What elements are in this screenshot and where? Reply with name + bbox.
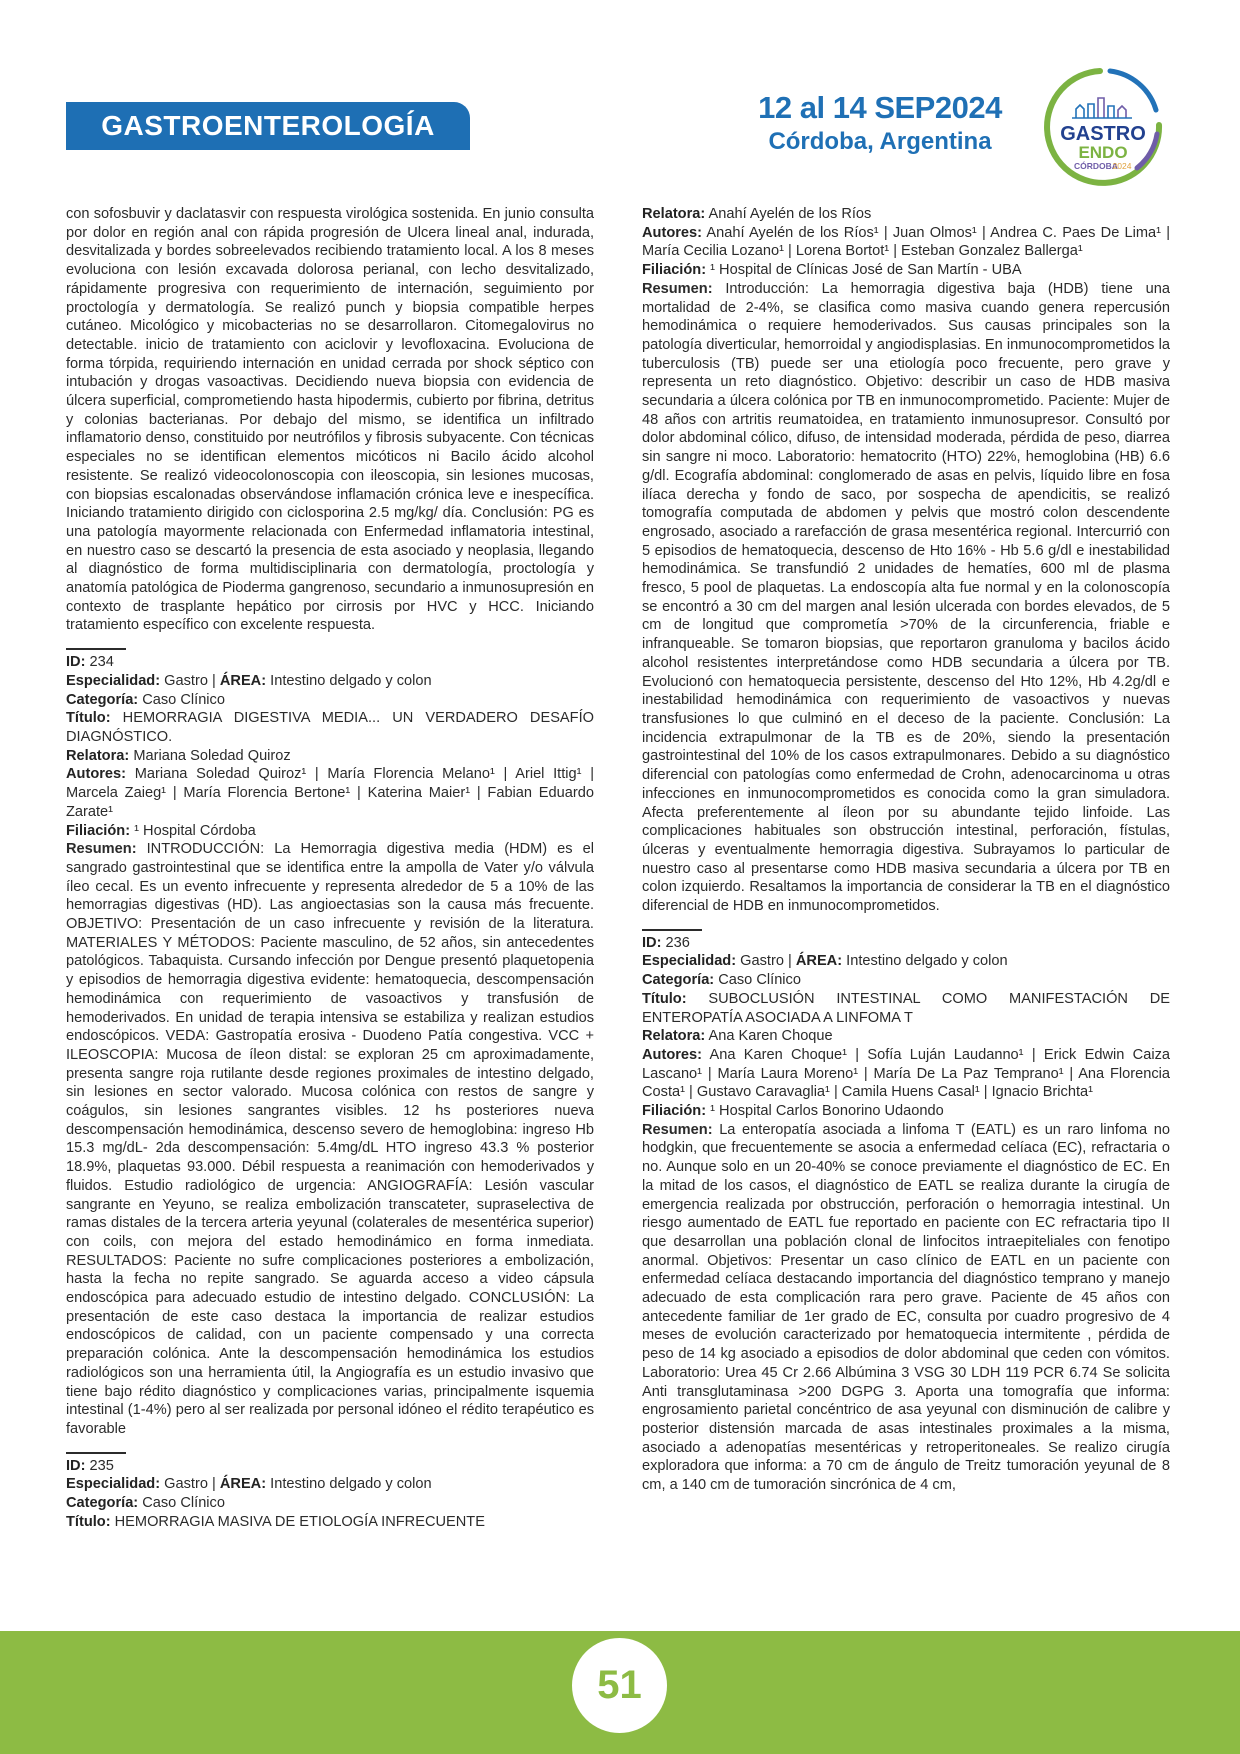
abstract-category: Categoría: Caso Clínico [66,1494,594,1513]
logo-text-gastro: GASTRO [1060,123,1146,145]
abstract-specialty: Especialidad: Gastro | ÁREA: Intestino d… [642,952,1170,971]
abstract-title: Título: HEMORRAGIA MASIVA DE ETIOLOGÍA I… [66,1513,594,1532]
left-column: con sofosbuvir y daclatasvir con respues… [66,205,594,1532]
abstract-presenter: Relatora: Ana Karen Choque [642,1027,1170,1046]
logo-text-endo: ENDO [1078,143,1127,162]
abstract-specialty: Especialidad: Gastro | ÁREA: Intestino d… [66,1475,594,1494]
abstract-book-page: GASTROENTEROLOGÍA 12 al 14 SEP2024 Córdo… [0,0,1240,1754]
logo-arc-blue [1110,71,1156,110]
section-title: GASTROENTEROLOGÍA [101,110,435,142]
abstract-235-head: ID: 235 Especialidad: Gastro | ÁREA: Int… [66,1457,594,1532]
logo-text-cordoba: CÓRDOBA [1074,160,1118,171]
abstracts-body: con sofosbuvir y daclatasvir con respues… [66,205,1170,1532]
abstract-affiliation: Filiación: ¹ Hospital Carlos Bonorino Ud… [642,1102,1170,1121]
page-number: 51 [597,1663,642,1708]
abstract-title: Título: HEMORRAGIA DIGESTIVA MEDIA... UN… [66,709,594,746]
section-divider [642,929,702,931]
abstract-category: Categoría: Caso Clínico [66,691,594,710]
footer-band: 51 [0,1631,1240,1754]
abstract-title: Título: SUBOCLUSIÓN INTESTINAL COMO MANI… [642,990,1170,1027]
abstract-specialty: Especialidad: Gastro | ÁREA: Intestino d… [66,672,594,691]
section-divider [66,1452,126,1454]
abstract-affiliation: Filiación: ¹ Hospital de Clínicas José d… [642,261,1170,280]
event-date: 12 al 14 SEP2024 [735,92,1025,125]
page-number-badge: 51 [572,1638,667,1733]
abstract-summary: Resumen: Introducción: La hemorragia dig… [642,280,1170,916]
abstract-presenter: Relatora: Mariana Soledad Quiroz [66,747,594,766]
abstract-id: ID: 236 [642,934,1170,953]
logo-text-year: 2024 [1113,161,1132,171]
abstract-category: Categoría: Caso Clínico [642,971,1170,990]
abstract-authors: Autores: Ana Karen Choque¹ | Sofía Luján… [642,1046,1170,1102]
abstract-affiliation: Filiación: ¹ Hospital Córdoba [66,822,594,841]
section-title-banner: GASTROENTEROLOGÍA [66,102,470,150]
abstract-236: ID: 236 Especialidad: Gastro | ÁREA: Int… [642,934,1170,1495]
abstract-presenter: Relatora: Anahí Ayelén de los Ríos [642,205,1170,224]
event-date-block: 12 al 14 SEP2024 Córdoba, Argentina [735,92,1025,154]
congress-logo: GASTRO ENDO CÓRDOBA 2024 [1038,62,1168,192]
abstract-summary: Resumen: La enteropatía asociada a linfo… [642,1121,1170,1495]
abstract-authors: Autores: Anahí Ayelén de los Ríos¹ | Jua… [642,224,1170,261]
abstract-id: ID: 235 [66,1457,594,1476]
section-divider [66,648,126,650]
event-location: Córdoba, Argentina [735,129,1025,154]
abstract-authors: Autores: Mariana Soledad Quiroz¹ | María… [66,765,594,821]
congress-logo-graphic: GASTRO ENDO CÓRDOBA 2024 [1038,62,1168,192]
city-skyline-icon [1072,98,1132,118]
abstract-234: ID: 234 Especialidad: Gastro | ÁREA: Int… [66,653,594,1439]
abstract-summary: Resumen: INTRODUCCIÓN: La Hemorragia dig… [66,840,594,1439]
right-column: Relatora: Anahí Ayelén de los Ríos Autor… [642,205,1170,1532]
abstract-235-continuation: Relatora: Anahí Ayelén de los Ríos Autor… [642,205,1170,916]
abstract-id: ID: 234 [66,653,594,672]
abstract-continuation-text: con sofosbuvir y daclatasvir con respues… [66,205,594,635]
